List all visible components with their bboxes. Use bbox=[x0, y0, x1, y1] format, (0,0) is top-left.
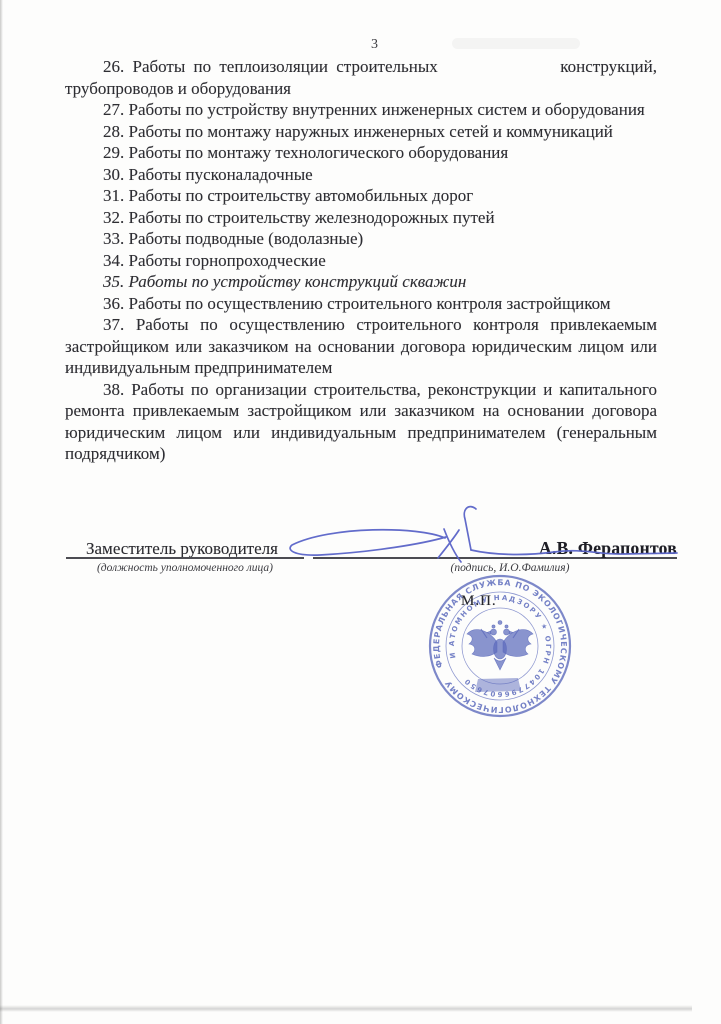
work-item-37-line2: застройщиком или заказчиком на основании… bbox=[65, 336, 657, 358]
work-item-26-line2: трубопроводов и оборудования bbox=[65, 78, 657, 100]
scan-edge-shadow-left bbox=[0, 0, 3, 1024]
work-item-30: 30. Работы пусконаладочные bbox=[65, 164, 657, 186]
signature-ink-icon bbox=[278, 500, 690, 566]
position-underline bbox=[66, 557, 304, 559]
work-item-37-line3: индивидуальным предпринимателем bbox=[65, 357, 657, 379]
work-item-38-line1: 38. Работы по организации строительства,… bbox=[65, 379, 657, 401]
work-item-35: 35. Работы по устройству конструкций скв… bbox=[65, 271, 657, 293]
work-item-31: 31. Работы по строительству автомобильны… bbox=[65, 185, 657, 207]
work-item-38-line4: подрядчиком) bbox=[65, 443, 657, 465]
work-item-37-line1: 37. Работы по осуществлению строительног… bbox=[65, 314, 657, 336]
position-caption: (должность уполномоченного лица) bbox=[66, 562, 304, 574]
work-item-32: 32. Работы по строительству железнодорож… bbox=[65, 207, 657, 229]
work-list: 26. Работы по теплоизоляции строительных… bbox=[65, 56, 657, 465]
work-item-26-text: 26. Работы по теплоизоляции строительных bbox=[103, 56, 438, 78]
official-seal: ФЕДЕРАЛЬНАЯ СЛУЖБА ПО ЭКОЛОГИЧЕСКОМУ ТЕХ… bbox=[425, 571, 575, 721]
work-item-34: 34. Работы горнопроходческие bbox=[65, 250, 657, 272]
work-item-36: 36. Работы по осуществлению строительног… bbox=[65, 293, 657, 315]
work-item-29: 29. Работы по монтажу технологического о… bbox=[65, 142, 657, 164]
scanned-document-page: 3 26. Работы по теплоизоляции строительн… bbox=[0, 0, 721, 1024]
work-item-38-line2: ремонта привлекаемым застройщиком или за… bbox=[65, 400, 657, 422]
work-item-26-line1: 26. Работы по теплоизоляции строительных… bbox=[65, 56, 657, 78]
double-headed-eagle-icon bbox=[467, 621, 533, 671]
position-title: Заместитель руководителя bbox=[86, 539, 278, 559]
work-item-38-line3: юридическим лицом или индивидуальным пре… bbox=[65, 422, 657, 444]
work-item-28: 28. Работы по монтажу наружных инженерны… bbox=[65, 121, 657, 143]
work-item-33: 33. Работы подводные (водолазные) bbox=[65, 228, 657, 250]
work-item-27: 27. Работы по устройству внутренних инже… bbox=[65, 99, 657, 121]
signature-stroke bbox=[290, 507, 677, 562]
mp-mark: М.П. bbox=[461, 593, 497, 610]
seal-banner bbox=[475, 678, 521, 692]
page-number: 3 bbox=[0, 37, 721, 53]
work-item-26-tail: конструкций, bbox=[560, 56, 657, 78]
scan-edge-shadow-bottom bbox=[0, 1005, 692, 1012]
